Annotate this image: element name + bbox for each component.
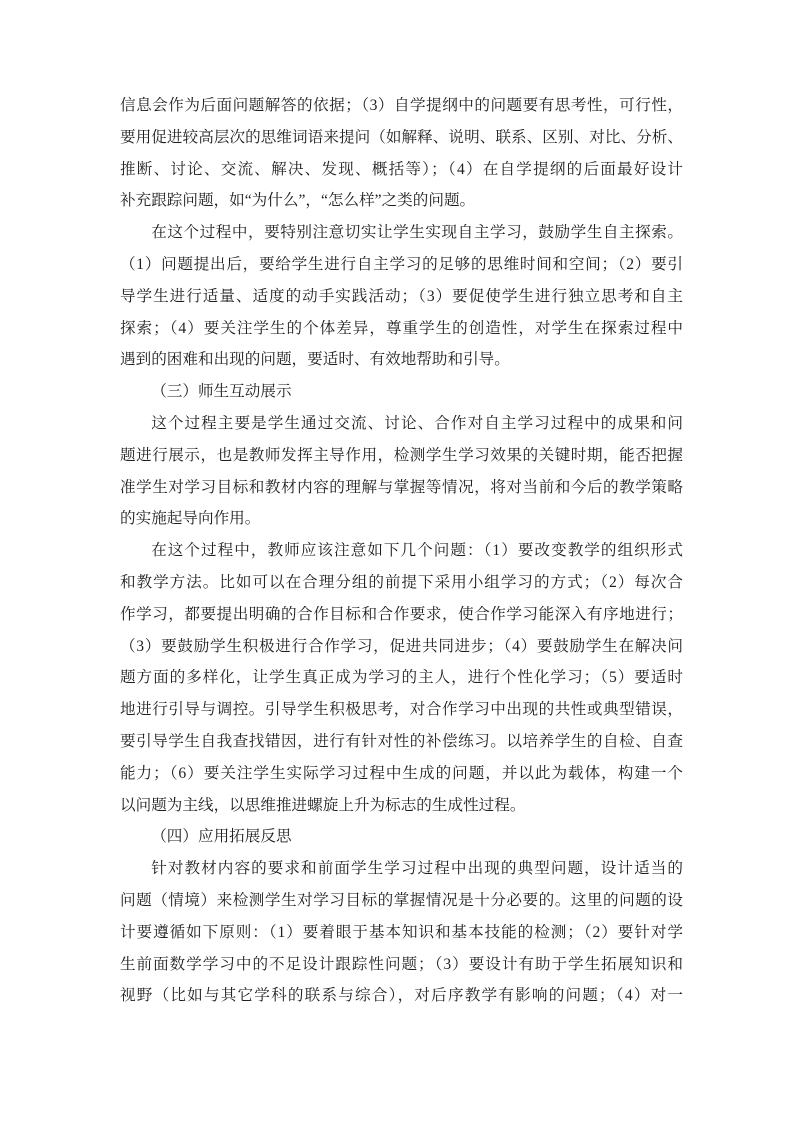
- document-page: 信息会作为后面问题解答的依据；（3）自学提纲中的问题要有思考性，可行性，要用促进…: [0, 0, 800, 1130]
- text-line: 补充跟踪问题，如“为什么”，“怎么样”之类的问题。: [120, 185, 683, 217]
- paragraph: （四）应用拓展反思: [120, 821, 683, 853]
- text-line: 的实施起导向作用。: [120, 503, 683, 535]
- text-line: 以问题为主线，以思维推进螺旋上升为标志的生成性过程。: [120, 790, 683, 822]
- text-line: 针对教材内容的要求和前面学生学习过程中出现的典型问题，设计适当的: [120, 853, 683, 885]
- text-line: 生前面数学学习中的不足设计跟踪性问题；（3）要设计有助于学生拓展知识和: [120, 949, 683, 981]
- text-line: 视野（比如与其它学科的联系与综合），对后序教学有影响的问题；（4）对一: [120, 980, 683, 1012]
- paragraph: （三）师生互动展示: [120, 376, 683, 408]
- text-line: 和教学方法。比如可以在合理分组的前提下采用小组学习的方式；（2）每次合: [120, 567, 683, 599]
- paragraph: 在这个过程中，教师应该注意如下几个问题：（1）要改变教学的组织形式和教学方法。比…: [120, 535, 683, 821]
- text-line: 信息会作为后面问题解答的依据；（3）自学提纲中的问题要有思考性，可行性，: [120, 90, 683, 122]
- text-line: （四）应用拓展反思: [120, 821, 683, 853]
- text-line: 能力；（6）要关注学生实际学习过程中生成的问题，并以此为载体，构建一个: [120, 758, 683, 790]
- text-line: 推断、讨论、交流、解决、发现、概括等）；（4）在自学提纲的后面最好设计: [120, 154, 683, 186]
- text-line: 地进行引导与调控。引导学生积极思考，对合作学习中出现的共性或典型错误，: [120, 694, 683, 726]
- text-line: 这个过程主要是学生通过交流、讨论、合作对自主学习过程中的成果和问: [120, 408, 683, 440]
- text-line: （1）问题提出后，要给学生进行自主学习的足够的思维时间和空间；（2）要引: [120, 249, 683, 281]
- paragraph: 信息会作为后面问题解答的依据；（3）自学提纲中的问题要有思考性，可行性，要用促进…: [120, 90, 683, 217]
- paragraph: 针对教材内容的要求和前面学生学习过程中出现的典型问题，设计适当的问题（情境）来检…: [120, 853, 683, 1012]
- text-line: 准学生对学习目标和教材内容的理解与掌握等情况，将对当前和今后的教学策略: [120, 472, 683, 504]
- text-line: 导学生进行适量、适度的动手实践活动；（3）要促使学生进行独立思考和自主: [120, 281, 683, 313]
- document-text-block: 信息会作为后面问题解答的依据；（3）自学提纲中的问题要有思考性，可行性，要用促进…: [120, 90, 683, 1012]
- text-line: 在这个过程中，教师应该注意如下几个问题：（1）要改变教学的组织形式: [120, 535, 683, 567]
- text-line: 探索；（4）要关注学生的个体差异，尊重学生的创造性，对学生在探索过程中: [120, 313, 683, 345]
- text-line: 计要遵循如下原则：（1）要着眼于基本知识和基本技能的检测；（2）要针对学: [120, 917, 683, 949]
- text-line: 要用促进较高层次的思维词语来提问（如解释、说明、联系、区别、对比、分析、: [120, 122, 683, 154]
- text-line: 题方面的多样化，让学生真正成为学习的主人，进行个性化学习；（5）要适时: [120, 662, 683, 694]
- text-line: 在这个过程中，要特别注意切实让学生实现自主学习，鼓励学生自主探索。: [120, 217, 683, 249]
- paragraph: 这个过程主要是学生通过交流、讨论、合作对自主学习过程中的成果和问题进行展示，也是…: [120, 408, 683, 535]
- text-line: （3）要鼓励学生积极进行合作学习，促进共同进步；（4）要鼓励学生在解决问: [120, 631, 683, 663]
- text-line: 遇到的困难和出现的问题，要适时、有效地帮助和引导。: [120, 344, 683, 376]
- text-line: （三）师生互动展示: [120, 376, 683, 408]
- text-line: 要引导学生自我查找错因，进行有针对性的补偿练习。以培养学生的自检、自查: [120, 726, 683, 758]
- text-line: 题进行展示，也是教师发挥主导作用，检测学生学习效果的关键时期，能否把握: [120, 440, 683, 472]
- text-line: 作学习，都要提出明确的合作目标和合作要求，使合作学习能深入有序地进行；: [120, 599, 683, 631]
- paragraph: 在这个过程中，要特别注意切实让学生实现自主学习，鼓励学生自主探索。（1）问题提出…: [120, 217, 683, 376]
- text-line: 问题（情境）来检测学生对学习目标的掌握情况是十分必要的。这里的问题的设: [120, 885, 683, 917]
